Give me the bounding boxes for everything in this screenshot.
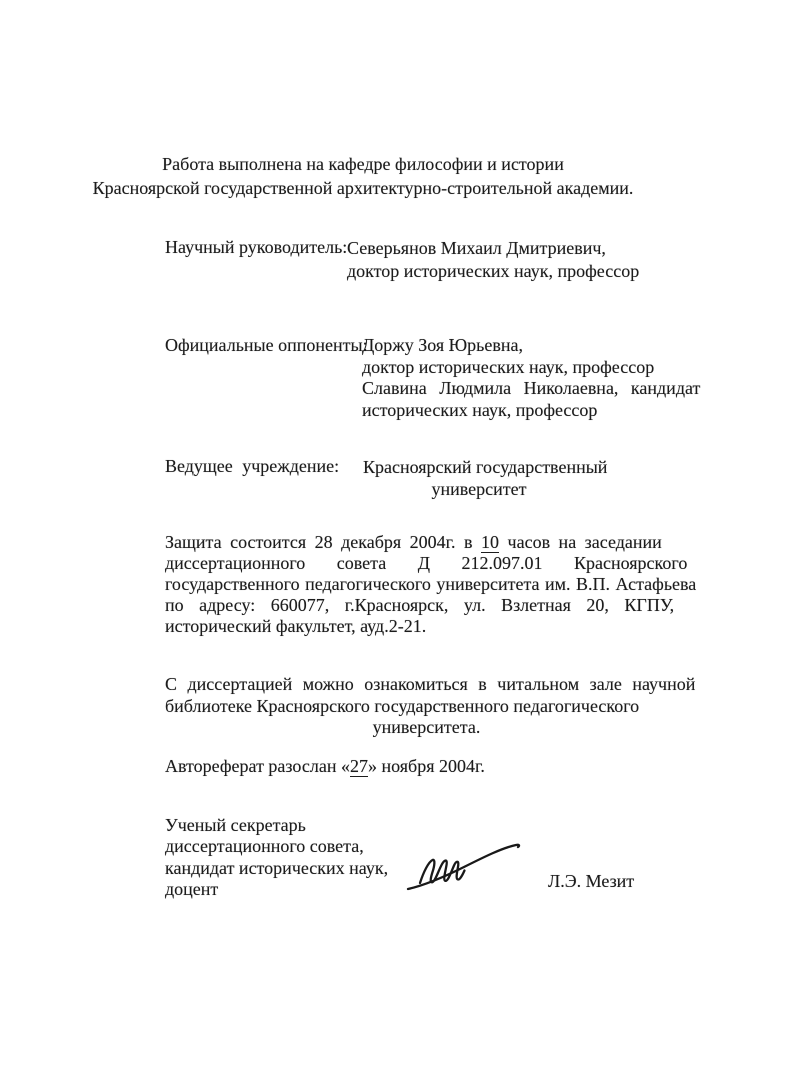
leading-org-value: Красноярский государственный университет <box>363 456 595 500</box>
library-line-3: университета. <box>165 717 688 739</box>
defense-line-1: Защита состоится 28 декабря 2004г. в 10 … <box>165 532 688 553</box>
supervisor-value: Северьянов Михаил Дмитриевич, доктор ист… <box>347 237 639 283</box>
secretary-name: Л.Э. Мезит <box>548 871 634 892</box>
defense-paragraph: Защита состоится 28 декабря 2004г. в 10 … <box>165 532 688 637</box>
secretary-line-2: диссертационного совета, <box>165 836 388 857</box>
opponents-label: Официальные оппоненты: <box>165 335 368 356</box>
library-paragraph: С диссертацией можно ознакомиться в чита… <box>165 674 688 739</box>
library-line-1: С диссертацией можно ознакомиться в чита… <box>165 674 688 696</box>
leading-org-line-2: университет <box>363 478 595 500</box>
opponent-1-name: Доржу Зоя Юрьевна, <box>362 335 700 357</box>
secretary-line-3: кандидат исторических наук, <box>165 858 388 879</box>
opponent-1-degree: доктор исторических наук, профессор <box>362 357 700 379</box>
defense-line-1-post: часов на заседании <box>499 532 662 552</box>
defense-line-3: государственного педагогического универс… <box>165 574 688 595</box>
secretary-line-4: доцент <box>165 879 388 900</box>
scanned-document-page: Работа выполнена на кафедре философии и … <box>0 0 794 1080</box>
supervisor-label: Научный руководитель: <box>165 237 347 258</box>
performed-at-block: Работа выполнена на кафедре философии и … <box>85 152 641 200</box>
opponent-2-degree: исторических наук, профессор <box>362 400 700 422</box>
autoreferat-sent-line: Автореферат разослан «27» ноября 2004г. <box>165 756 485 777</box>
supervisor-name: Северьянов Михаил Дмитриевич, <box>347 237 639 260</box>
leading-org-label: Ведущее учреждение: <box>165 456 339 477</box>
opponent-2-name: Славина Людмила Николаевна, кандидат <box>362 378 700 400</box>
opponents-value: Доржу Зоя Юрьевна, доктор исторических н… <box>362 335 700 421</box>
secretary-line-1: Ученый секретарь <box>165 815 388 836</box>
performed-at-line-2: Красноярской государственной архитектурн… <box>85 176 641 200</box>
signature-icon <box>404 836 526 894</box>
performed-at-line-1: Работа выполнена на кафедре философии и … <box>85 152 641 176</box>
defense-line-5: исторический факультет, ауд.2-21. <box>165 616 688 637</box>
library-line-2: библиотеке Красноярского государственног… <box>165 696 688 718</box>
defense-hour-underlined: 10 <box>481 532 499 553</box>
defense-line-4: по адресу: 660077, г.Красноярск, ул. Взл… <box>165 595 688 616</box>
sent-date-underlined: 27 <box>350 756 368 777</box>
leading-org-line-1: Красноярский государственный <box>363 456 595 478</box>
supervisor-degree: доктор исторических наук, профессор <box>347 260 639 283</box>
defense-line-1-pre: Защита состоится 28 декабря 2004г. в <box>165 532 481 552</box>
sent-post: » ноября 2004г. <box>368 756 485 776</box>
secretary-block: Ученый секретарь диссертационного совета… <box>165 815 388 900</box>
sent-pre: Автореферат разослан « <box>165 756 350 776</box>
defense-line-2: диссертационного совета Д 212.097.01 Кра… <box>165 553 688 574</box>
